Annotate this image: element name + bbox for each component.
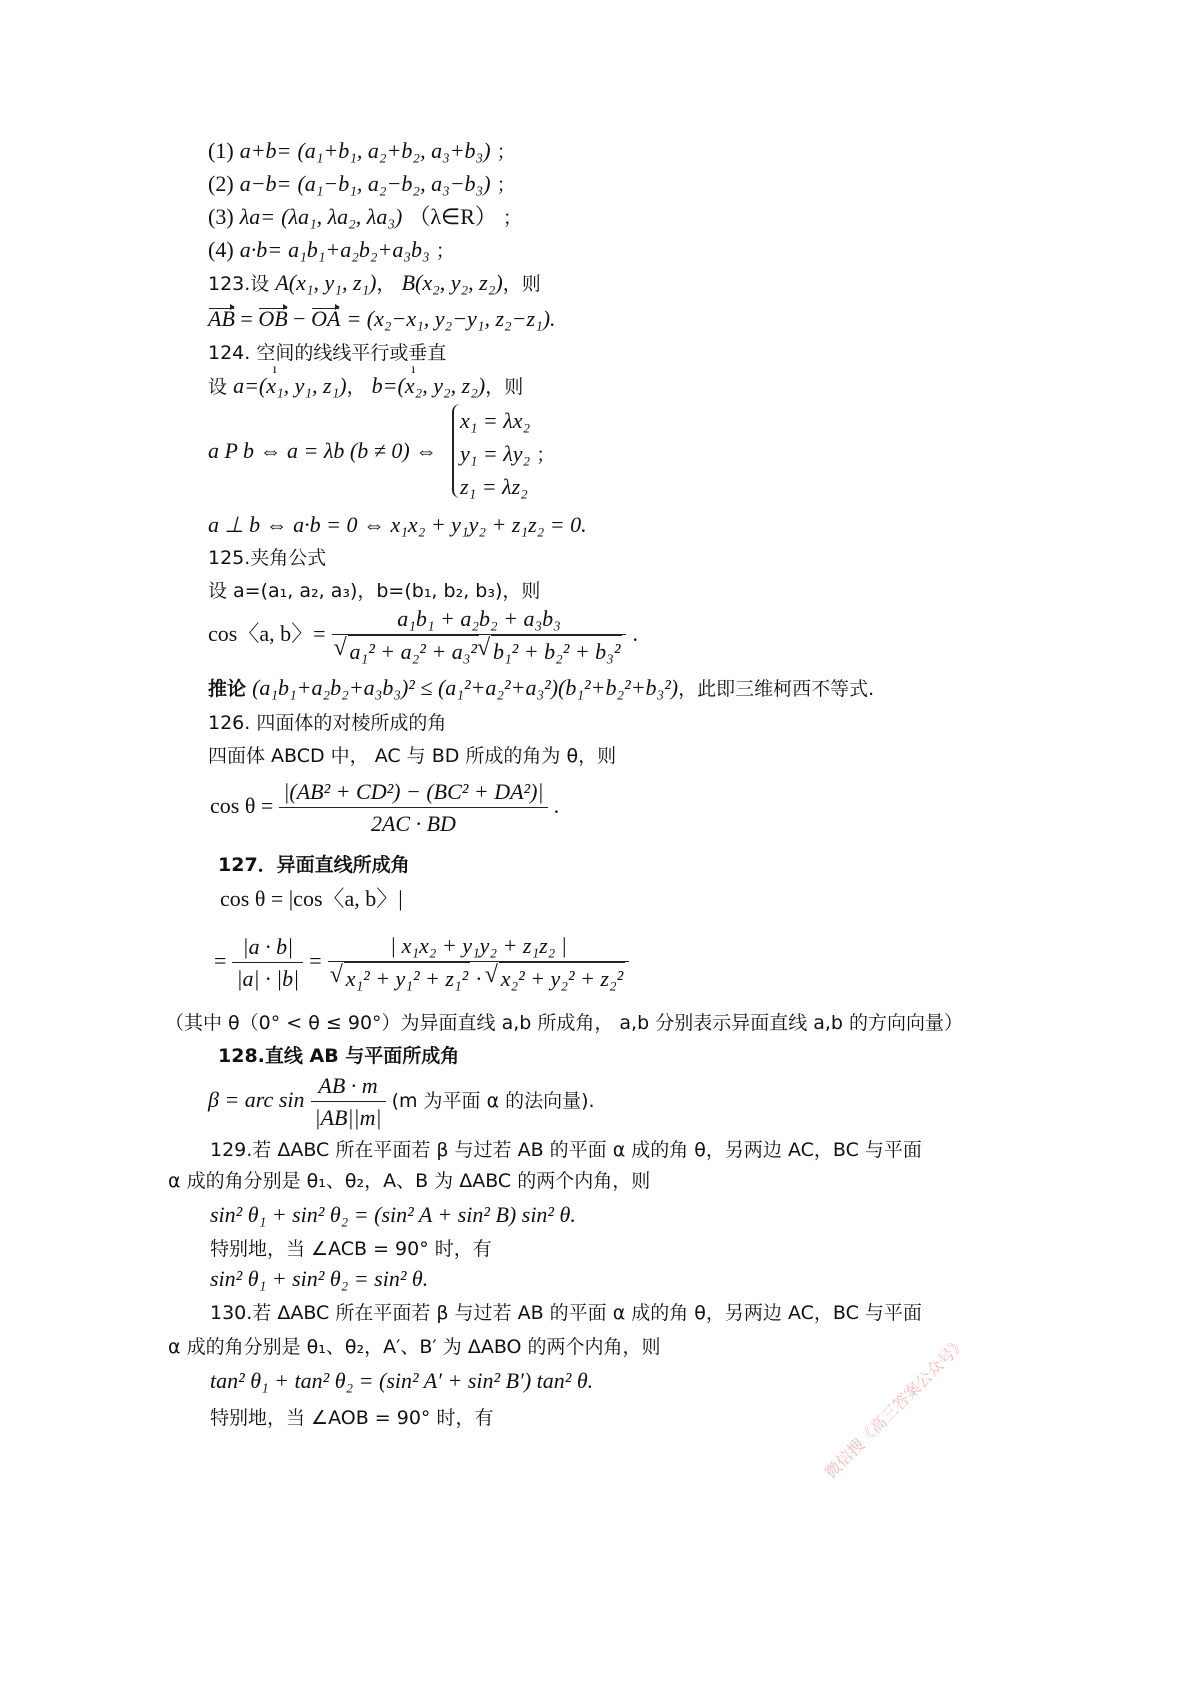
line-plane-fraction: AB · m |AB||m| <box>311 1071 386 1134</box>
section-130-formula: tan² θ₁ + tan² θ₂ = (sin² A′ + sin² B′) … <box>210 1368 593 1395</box>
section-127-title: 127．异面直线所成角 <box>218 852 410 878</box>
section-125-corollary: 推论 (a₁b₁+a₂b₂+a₃b₃)² ≤ (a₁²+a₂²+a₃²)(b₁²… <box>208 675 874 702</box>
system-eq-1: x₁ = λx₂ <box>460 408 530 435</box>
section-126-setup: 四面体 ABCD 中， AC 与 BD 所成的角为 θ，则 <box>208 743 616 769</box>
section-128-formula: β = arc sin AB · m |AB||m| (m 为平面 α 的法向量… <box>208 1068 595 1134</box>
section-129-line2: α 成的角分别是 θ₁、θ₂，A、B 为 ΔABC 的两个内角，则 <box>168 1168 650 1194</box>
section-129-special-formula: sin² θ₁ + sin² θ₂ = sin² θ. <box>210 1266 428 1293</box>
section-129-formula: sin² θ₁ + sin² θ₂ = (sin² A + sin² B) si… <box>210 1202 576 1229</box>
section-125-setup: 设 a=(a₁, a₂, a₃)，b=(b₁, b₂, b₃)，则 <box>208 578 540 604</box>
vector-op-scalar: (3) λa= (λa₁, λa₂, λa₃) （λ∈R） ； <box>208 204 522 231</box>
section-129-line1: 129.若 ΔABC 所在平面若 β 与过若 AB 的平面 α 成的角 θ，另两… <box>210 1137 922 1163</box>
vector-op-sub: (2) a−b= (a₁−b₁, a₂−b₂, a₃−b₃) ； <box>208 171 516 198</box>
section-127-line1: cos θ = |cos〈a, b〉| <box>220 886 403 913</box>
section-126-title: 126. 四面体的对棱所成的角 <box>208 710 446 736</box>
section-124-parallel: a P b ⇔ a = λb (b ≠ 0) ⇔ <box>208 438 437 465</box>
section-128-title: 128.直线 AB 与平面所成角 <box>218 1043 459 1069</box>
section-125-title: 125.夹角公式 <box>208 545 326 571</box>
system-eq-2: y₁ = λy₂ ； <box>460 441 555 468</box>
skew-fraction-1: |a · b| |a| · |b| <box>232 932 303 995</box>
section-123-formula: AB = OB − OA = (x₂−x₁, y₂−y₁, z₂−z₁). <box>208 306 556 333</box>
system-eq-3: z₁ = λz₂ <box>460 474 528 501</box>
section-124-perp: a ⊥ b ⇔ a·b = 0 ⇔ x₁x₂ + y₁y₂ + z₁z₂ = 0… <box>208 512 587 539</box>
section-123-header: 123.设 A(x₁, y₁, z₁)， B(x₂, y₂, z₂)，则 <box>208 270 541 297</box>
cos-fraction: a₁b₁ + a₂b₂ + a₃b₃ a₁² + a₂² + a₃²b₁² + … <box>332 604 627 668</box>
skew-fraction-2: | x₁x₂ + y₁y₂ + z₁z₂ | x₁² + y₁² + z₁² ·… <box>328 931 630 995</box>
section-127-note: （其中 θ（0° < θ ≤ 90°）为异面直线 a,b 所成角， a,b 分别… <box>165 1010 963 1036</box>
section-130-line1: 130.若 ΔABC 所在平面若 β 与过若 AB 的平面 α 成的角 θ，另两… <box>210 1300 922 1326</box>
section-126-formula: cos θ = |(AB² + CD²) − (BC² + DA²)| 2AC … <box>210 774 559 840</box>
section-130-line2: α 成的角分别是 θ₁、θ₂，A′、B′ 为 ΔABO 的两个内角，则 <box>168 1334 661 1360</box>
section-124-setup: 设 a=(x₁, y₁, z₁)， b=(x₂, y₂, z₂)，则 <box>208 373 523 400</box>
vector-op-dot: (4) a·b= a₁b₁+a₂b₂+a₃b₃ ； <box>208 237 455 264</box>
section-129-special: 特别地，当 ∠ACB = 90° 时，有 <box>210 1236 492 1262</box>
vector-op-add: (1) a+b= (a₁+b₁, a₂+b₂, a₃+b₃) ； <box>208 138 516 165</box>
watermark: 微信搜《高三答案公众号》 <box>819 1331 971 1483</box>
tetra-fraction: |(AB² + CD²) − (BC² + DA²)| 2AC · BD <box>279 777 547 840</box>
section-125-cos-formula: cos〈a, b〉= a₁b₁ + a₂b₂ + a₃b₃ a₁² + a₂² … <box>208 604 638 668</box>
section-130-special: 特别地，当 ∠AOB = 90° 时，有 <box>210 1405 493 1431</box>
section-127-formula: = |a · b| |a| · |b| = | x₁x₂ + y₁y₂ + z₁… <box>214 926 629 997</box>
